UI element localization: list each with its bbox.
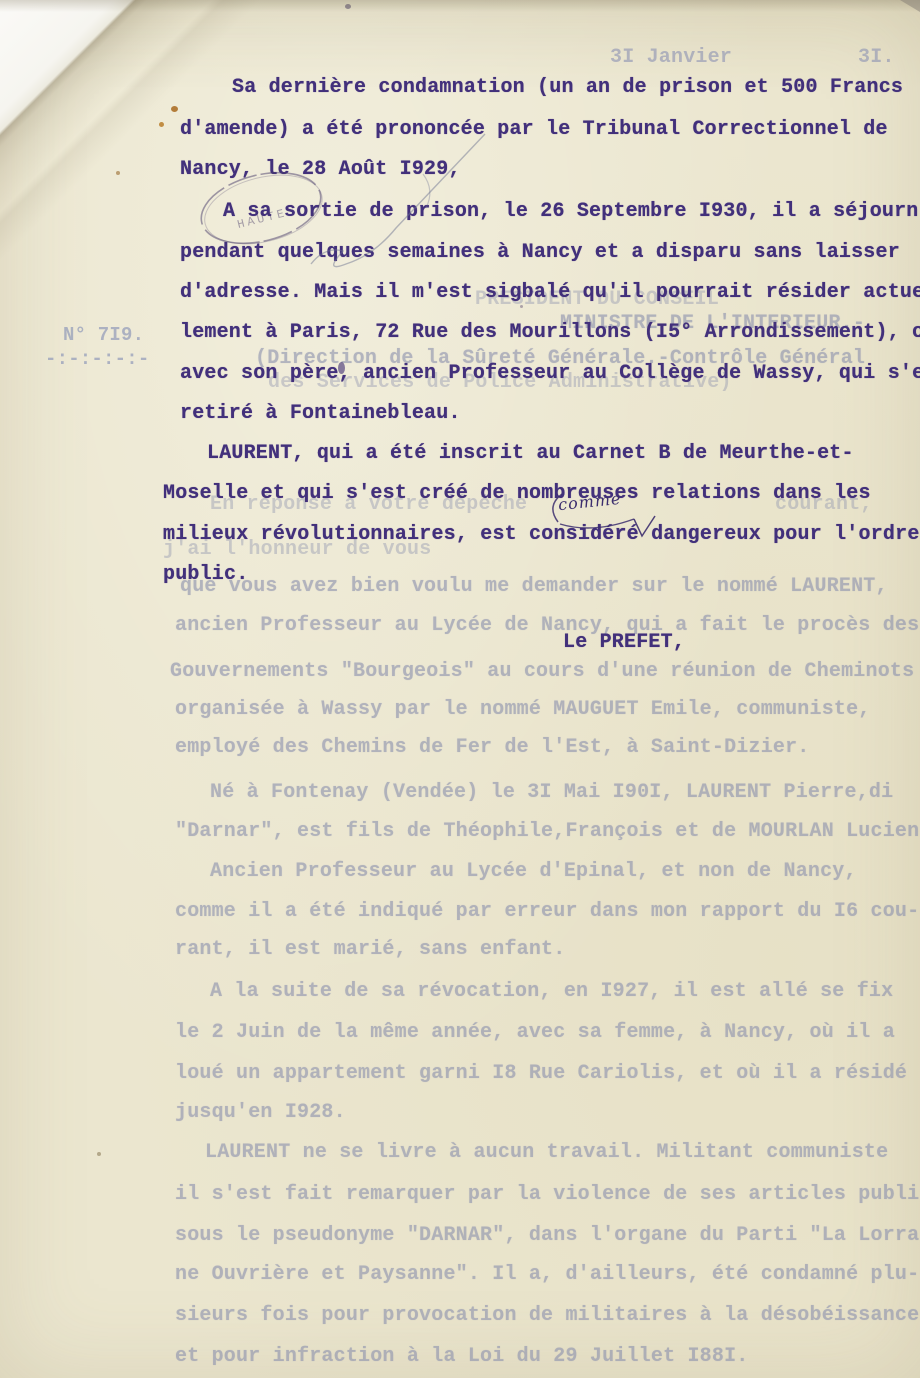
typed-line-strong: Moselle et qui s'est créé de nombreuses … xyxy=(163,482,871,505)
typed-line-faint: organisée à Wassy par le nommé MAUGUET E… xyxy=(175,698,871,721)
typed-line-faint: Gouvernements "Bourgeois" au cours d'une… xyxy=(170,660,914,683)
stamp-text: HAUTE xyxy=(236,206,289,232)
typed-line-faint: et pour infraction à la Loi du 29 Juille… xyxy=(175,1345,749,1368)
paper-spot xyxy=(159,122,164,127)
pencil-signature-scrawl xyxy=(295,122,500,282)
typed-line-faint: Né à Fontenay (Vendée) le 3I Mai I90I, L… xyxy=(210,781,893,804)
typed-line-strong: Le PREFET, xyxy=(563,631,685,654)
typed-line-strong: retiré à Fontainebleau. xyxy=(180,402,461,425)
typed-line-faint: le 2 Juin de la même année, avec sa femm… xyxy=(175,1021,895,1044)
typed-line-faint: sieurs fois pour provocation de militair… xyxy=(175,1304,919,1327)
paper-spot xyxy=(116,171,120,175)
typed-line-faint: LAURENT ne se livre à aucun travail. Mil… xyxy=(205,1141,888,1164)
typed-line-faint: sous le pseudonyme "DARNAR", dans l'orga… xyxy=(175,1224,919,1247)
typed-line-faint: comme il a été indiqué par erreur dans m… xyxy=(175,900,919,923)
typed-line-faint: employé des Chemins de Fer de l'Est, à S… xyxy=(175,736,810,759)
paper-spot xyxy=(171,106,178,112)
document-page: 3I Janvier3I.N° 7I9.-:-:-:-:-PRESIDENT D… xyxy=(0,0,920,1378)
typed-line-faint: 3I. xyxy=(858,46,895,69)
typed-line-faint: 3I Janvier xyxy=(610,46,732,69)
typed-line-strong: LAURENT, qui a été inscrit au Carnet B d… xyxy=(207,442,854,465)
typed-line-faint: A la suite de sa révocation, en I927, il… xyxy=(210,980,893,1003)
typed-line-strong: avec son père, ancien Professeur au Coll… xyxy=(180,362,920,385)
typed-line-faint: Ancien Professeur au Lycée d'Epinal, et … xyxy=(210,860,857,883)
typed-line-strong: d'adresse. Mais il m'est sigbalé qu'il p… xyxy=(180,281,920,304)
typed-line-faint: jusqu'en I928. xyxy=(175,1101,346,1124)
typed-line-faint: il s'est fait remarquer par la violence … xyxy=(175,1183,919,1206)
typed-line-faint: ancien Professeur au Lycée de Nancy, qui… xyxy=(175,614,919,637)
paper-spot xyxy=(338,362,345,374)
typed-line-faint: ne Ouvrière et Paysanne". Il a, d'ailleu… xyxy=(175,1263,919,1286)
typed-line-strong: d'amende) a été prononcée par le Tribuna… xyxy=(180,118,888,141)
typed-line-faint: loué un appartement garni I8 Rue Carioli… xyxy=(175,1062,907,1085)
paper-spot xyxy=(97,1152,101,1156)
typed-line-strong: lement à Paris, 72 Rue des Mourillons (I… xyxy=(180,321,920,344)
typed-line-strong: Sa dernière condamnation (un an de priso… xyxy=(232,76,903,99)
typed-line-faint: "Darnar", est fils de Théophile,François… xyxy=(175,820,919,843)
typed-line-strong: public. xyxy=(163,563,248,586)
paper-spot xyxy=(520,305,523,308)
typed-line-faint: N° 7I9. xyxy=(63,325,144,347)
typed-line-faint: rant, il est marié, sans enfant. xyxy=(175,938,565,961)
typed-line-faint: que vous avez bien voulu me demander sur… xyxy=(180,575,888,598)
typed-line-faint: -:-:-:-:- xyxy=(45,349,149,371)
top-edge-shadow xyxy=(0,0,920,12)
